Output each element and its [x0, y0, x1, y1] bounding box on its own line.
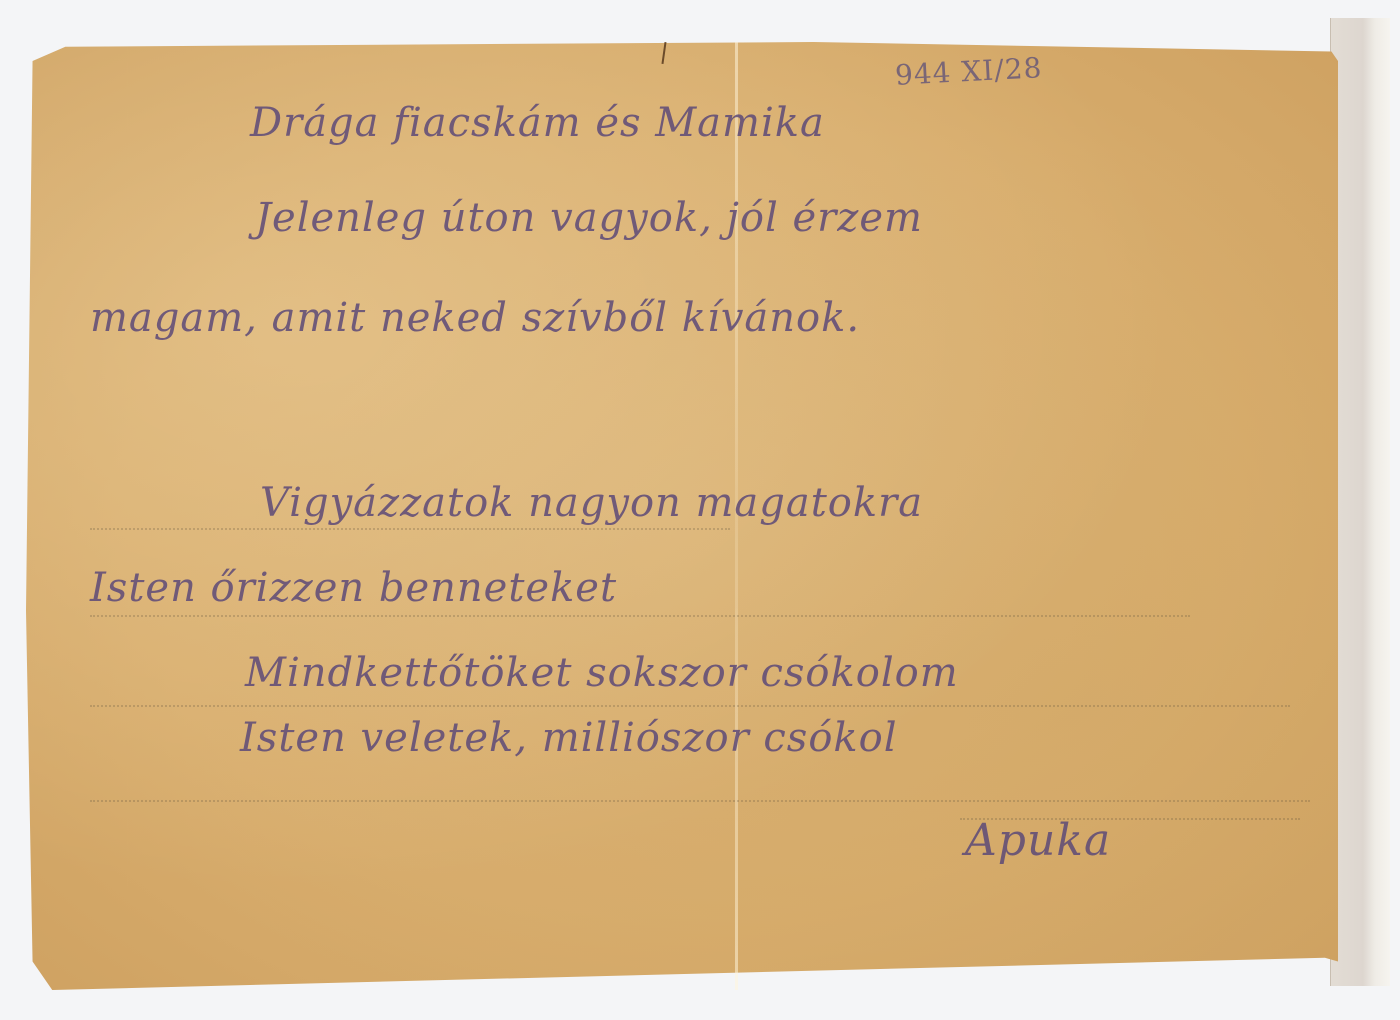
letter-line-1: Drága fiacskám és Mamika — [250, 100, 825, 146]
signature: Apuka — [965, 815, 1111, 866]
ruled-line — [90, 705, 1290, 707]
tape-strip — [1330, 18, 1390, 986]
letter-line-6: Mindkettőtöket sokszor csókolom — [245, 650, 959, 696]
ruled-line — [90, 528, 730, 530]
letter-line-4: Vigyázzatok nagyon magatokra — [260, 480, 923, 526]
ruled-line — [90, 615, 1190, 617]
ruled-line — [90, 800, 1310, 802]
letter-line-3: magam, amit neked szívből kívánok. — [90, 295, 860, 341]
letter-line-7: Isten veletek, milliószor csókol — [240, 715, 898, 761]
letter-line-2: Jelenleg úton vagyok, jól érzem — [255, 195, 923, 241]
letter-line-5: Isten őrizzen benneteket — [90, 565, 617, 611]
scanned-postcard: 944 XI/28 Drága fiacskám és Mamika Jelen… — [0, 0, 1400, 1020]
